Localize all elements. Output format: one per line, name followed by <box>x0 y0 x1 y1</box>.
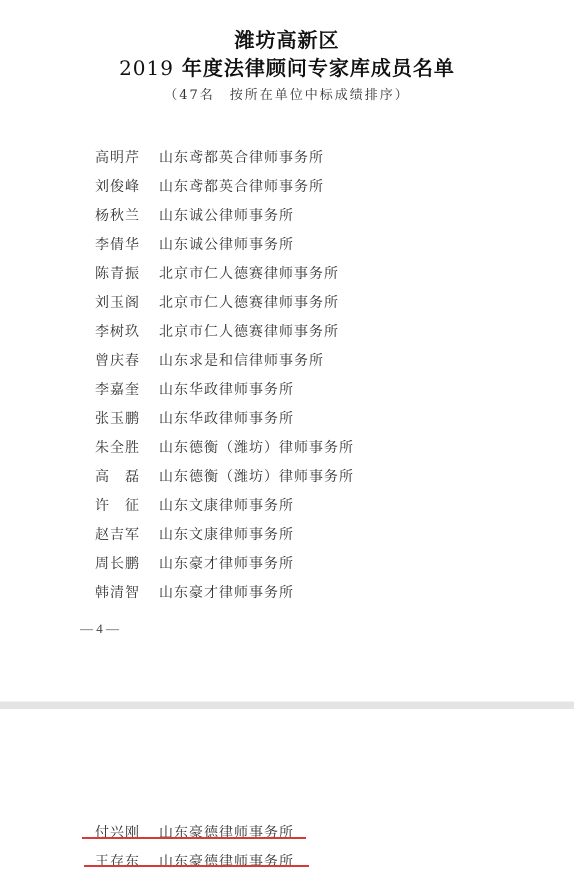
member-org: 山东华政律师事务所 <box>159 379 294 399</box>
member-name: 曾庆春 <box>95 350 159 370</box>
member-name: 朱全胜 <box>95 437 159 457</box>
member-org: 山东鸢都英合律师事务所 <box>159 147 324 167</box>
list-item: 李倩华山东诚公律师事务所 <box>95 229 354 258</box>
member-name: 刘玉阁 <box>95 292 159 312</box>
member-org: 山东豪才律师事务所 <box>159 553 294 573</box>
list-item: 李嘉奎山东华政律师事务所 <box>95 374 354 403</box>
member-name: 高明芹 <box>95 147 159 167</box>
document-title-list: 2019 年度法律顾问专家库成员名单 <box>0 52 574 81</box>
member-name: 高 磊 <box>95 466 159 486</box>
member-name: 李嘉奎 <box>95 379 159 399</box>
document-page-4: 潍坊高新区 2019 年度法律顾问专家库成员名单 （47名 按所在单位中标成绩排… <box>0 0 574 701</box>
member-name: 杨秋兰 <box>95 205 159 225</box>
list-item: 韩清智山东豪才律师事务所 <box>95 577 354 606</box>
member-org: 北京市仁人德赛律师事务所 <box>159 263 339 283</box>
red-underline <box>82 837 306 839</box>
list-item: 高 磊山东德衡（潍坊）律师事务所 <box>95 461 354 490</box>
red-underline <box>84 865 309 867</box>
list-item: 刘俊峰山东鸢都英合律师事务所 <box>95 171 354 200</box>
title-rest: 年度法律顾问专家库成员名单 <box>174 56 455 80</box>
list-item: 朱全胜山东德衡（潍坊）律师事务所 <box>95 432 354 461</box>
list-item: 周长鹏山东豪才律师事务所 <box>95 548 354 577</box>
member-org: 山东德衡（潍坊）律师事务所 <box>159 466 354 486</box>
member-org: 山东诚公律师事务所 <box>159 205 294 225</box>
member-name: 许 征 <box>95 495 159 515</box>
document-subtitle: （47名 按所在单位中标成绩排序） <box>0 84 574 103</box>
member-name: 韩清智 <box>95 582 159 602</box>
list-item: 李树玖北京市仁人德赛律师事务所 <box>95 316 354 345</box>
list-item: 刘玉阁北京市仁人德赛律师事务所 <box>95 287 354 316</box>
list-item: 王存东山东豪德律师事务所 <box>95 846 294 875</box>
member-org: 北京市仁人德赛律师事务所 <box>159 292 339 312</box>
member-name: 刘俊峰 <box>95 176 159 196</box>
member-org: 山东华政律师事务所 <box>159 408 294 428</box>
document-page-5: 付兴刚山东豪德律师事务所 王存东山东豪德律师事务所 <box>0 709 574 875</box>
list-item: 许 征山东文康律师事务所 <box>95 490 354 519</box>
list-item: 陈青振北京市仁人德赛律师事务所 <box>95 258 354 287</box>
member-org: 山东豪才律师事务所 <box>159 582 294 602</box>
member-org: 山东文康律师事务所 <box>159 495 294 515</box>
member-name: 李树玖 <box>95 321 159 341</box>
document-title-district: 潍坊高新区 <box>0 24 574 53</box>
member-list-page1: 高明芹山东鸢都英合律师事务所 刘俊峰山东鸢都英合律师事务所 杨秋兰山东诚公律师事… <box>95 142 354 606</box>
member-org: 山东鸢都英合律师事务所 <box>159 176 324 196</box>
member-name: 王存东 <box>95 851 159 871</box>
list-item: 赵吉军山东文康律师事务所 <box>95 519 354 548</box>
member-name: 张玉鹏 <box>95 408 159 428</box>
member-org: 山东文康律师事务所 <box>159 524 294 544</box>
title-year: 2019 <box>119 56 174 80</box>
member-name: 周长鹏 <box>95 553 159 573</box>
member-org: 山东诚公律师事务所 <box>159 234 294 254</box>
list-item: 杨秋兰山东诚公律师事务所 <box>95 200 354 229</box>
member-org: 山东求是和信律师事务所 <box>159 350 324 370</box>
member-name: 陈青振 <box>95 263 159 283</box>
list-item: 付兴刚山东豪德律师事务所 <box>95 817 294 846</box>
member-name: 李倩华 <box>95 234 159 254</box>
list-item: 张玉鹏山东华政律师事务所 <box>95 403 354 432</box>
list-item: 曾庆春山东求是和信律师事务所 <box>95 345 354 374</box>
member-name: 赵吉军 <box>95 524 159 544</box>
list-item: 高明芹山东鸢都英合律师事务所 <box>95 142 354 171</box>
member-org: 山东德衡（潍坊）律师事务所 <box>159 437 354 457</box>
member-org: 山东豪德律师事务所 <box>159 851 294 871</box>
member-org: 北京市仁人德赛律师事务所 <box>159 321 339 341</box>
page-number: — 4 — <box>80 621 119 637</box>
